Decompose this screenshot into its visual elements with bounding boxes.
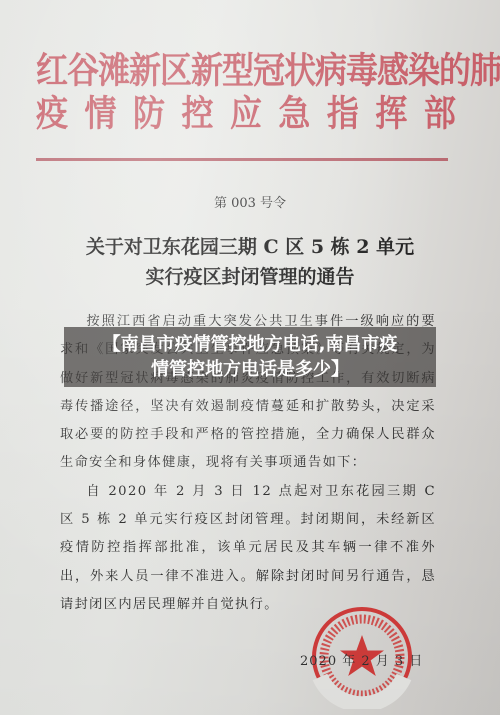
order-number: 第 003 号令 bbox=[0, 192, 500, 211]
overlay-line-2: 情管控地方电话是多少】 bbox=[64, 357, 436, 382]
masthead-line-2: 疫 情 防 控 应 急 指 挥 部 bbox=[36, 92, 456, 135]
notice-title: 关于对卫东花园三期 C 区 5 栋 2 单元 实行疫区封闭管理的通告 bbox=[0, 232, 500, 292]
masthead: 红谷滩新区新型冠状病毒感染的肺炎 疫 情 防 控 应 急 指 挥 部 bbox=[36, 48, 456, 130]
notice-date: 2020 年 2 月 3 日 bbox=[300, 650, 423, 669]
red-divider-rule bbox=[36, 158, 448, 161]
masthead-char: 急 bbox=[278, 92, 310, 135]
masthead-char: 控 bbox=[181, 92, 213, 135]
masthead-line-1: 红谷滩新区新型冠状病毒感染的肺炎 bbox=[36, 48, 456, 93]
masthead-char: 挥 bbox=[375, 92, 407, 135]
notice-title-line-2: 实行疫区封闭管理的通告 bbox=[0, 262, 500, 292]
document-photo: 红谷滩新区新型冠状病毒感染的肺炎 疫 情 防 控 应 急 指 挥 部 第 003… bbox=[0, 0, 500, 715]
overlay-line-1: 【南昌市疫情管控地方电话,南昌市疫 bbox=[64, 332, 436, 357]
masthead-char: 应 bbox=[230, 92, 262, 135]
body-paragraph: 自 2020 年 2 月 3 日 12 点起对卫东花园三期 C 区 5 栋 2 … bbox=[60, 478, 436, 619]
masthead-char: 部 bbox=[424, 92, 456, 135]
masthead-char: 指 bbox=[327, 92, 359, 135]
masthead-char: 疫 bbox=[36, 92, 68, 135]
notice-title-line-1: 关于对卫东花园三期 C 区 5 栋 2 单元 bbox=[0, 232, 500, 262]
masthead-char: 防 bbox=[133, 92, 165, 135]
masthead-char: 情 bbox=[84, 92, 116, 135]
title-overlay-banner: 【南昌市疫情管控地方电话,南昌市疫 情管控地方电话是多少】 bbox=[64, 327, 436, 387]
